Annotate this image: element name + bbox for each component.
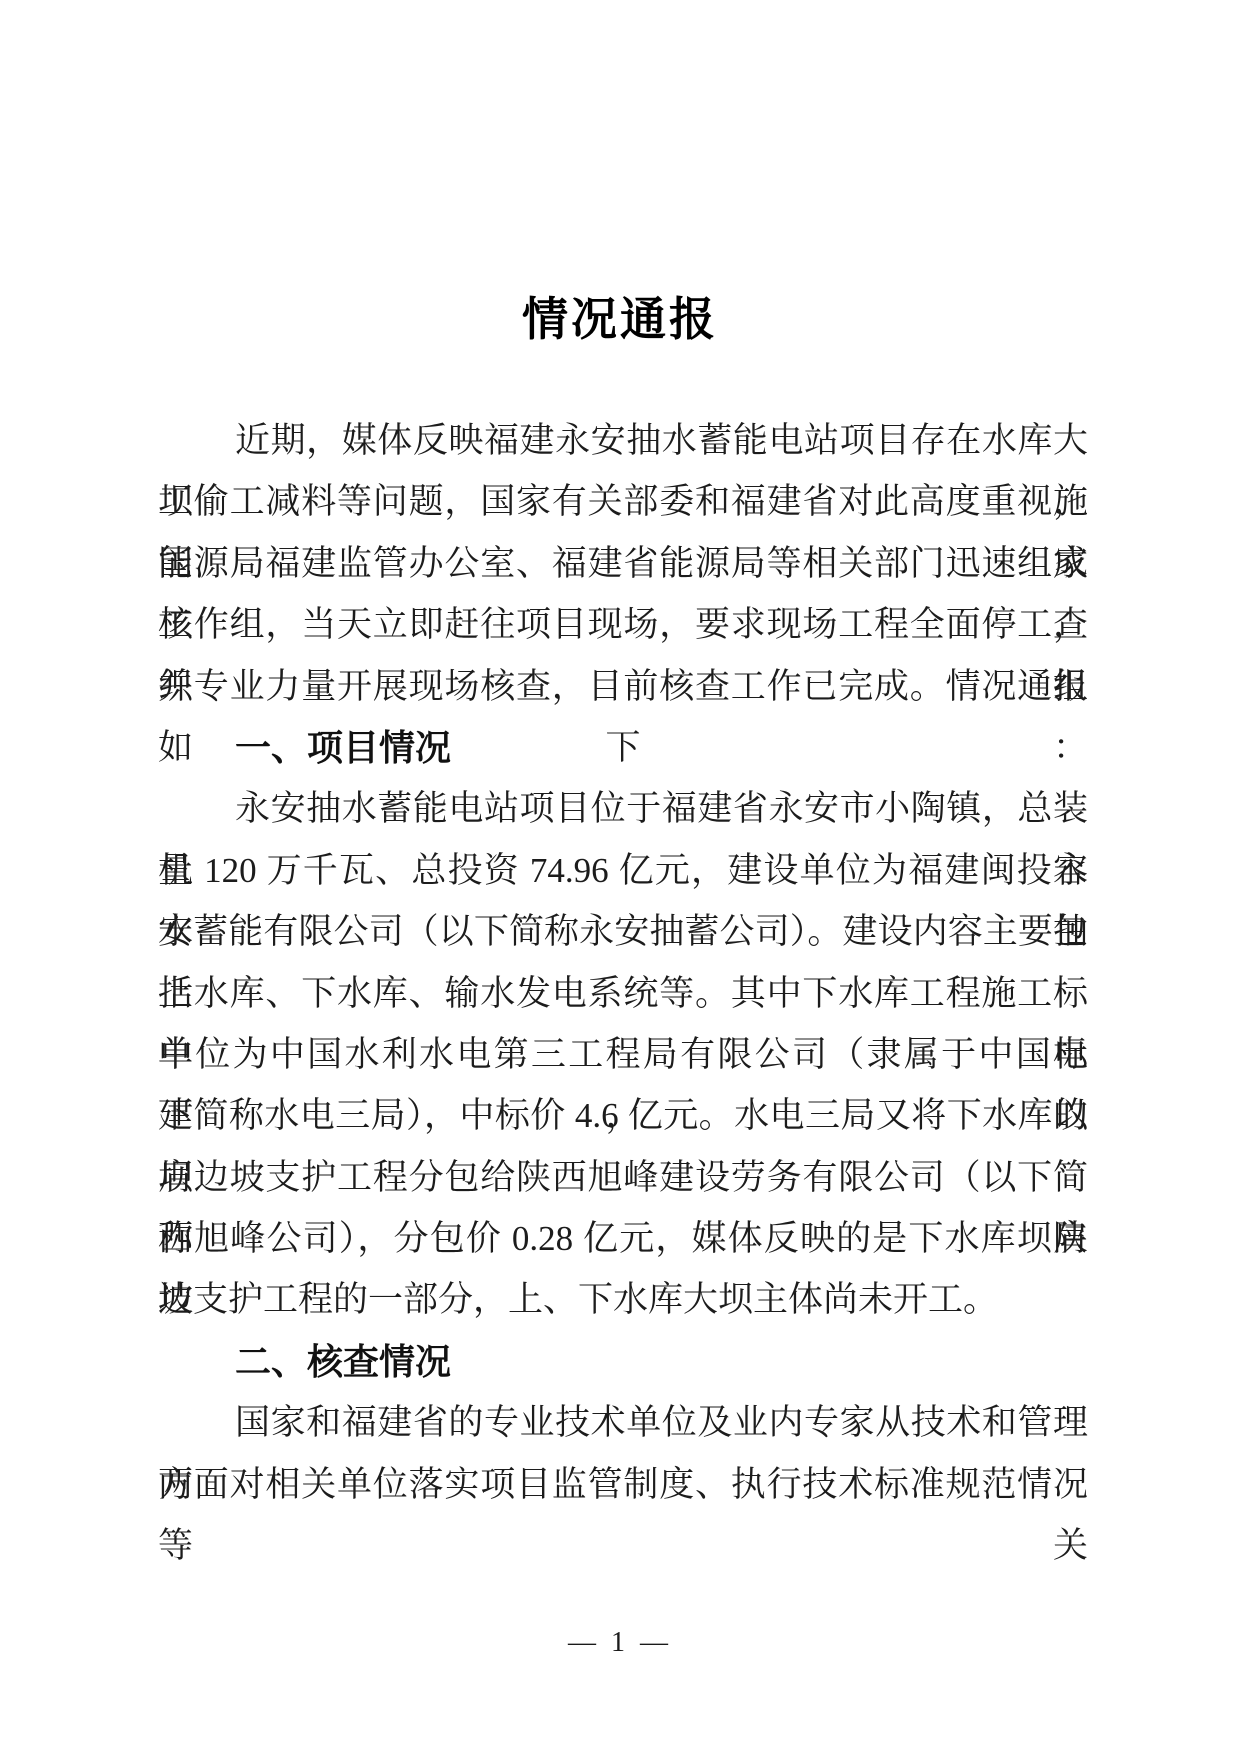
text-line: 坡支护工程的一部分，上、下水库大坝主体尚未开工。 xyxy=(158,1269,1088,1330)
section-heading: 二、核查情况 xyxy=(158,1331,1088,1392)
text-line: 工偷工减料等问题，国家有关部委和福建省对此高度重视，国家 xyxy=(158,471,1088,532)
text-line: 方面对相关单位落实项目监管制度、执行技术标准规范情况等关 xyxy=(158,1454,1088,1515)
text-line: 工作组，当天立即赶往项目现场，要求现场工程全面停工，并组 xyxy=(158,594,1088,655)
text-line: 水蓄能有限公司（以下简称永安抽蓄公司）。建设内容主要包括 xyxy=(158,901,1088,962)
document-page: 情况通报 近期，媒体反映福建永安抽水蓄能电站项目存在水库大坝施工偷工减料等问题，… xyxy=(0,0,1240,1753)
text-line: 织专业力量开展现场核查，目前核查工作已完成。情况通报如下： xyxy=(158,656,1088,717)
text-line: 能源局福建监管办公室、福建省能源局等相关部门迅速组成核查 xyxy=(158,533,1088,594)
page-number: — 1 — xyxy=(0,1627,1240,1659)
text-line: 近期，媒体反映福建永安抽水蓄能电站项目存在水库大坝施 xyxy=(158,410,1088,471)
text-line: 肩边坡支护工程分包给陕西旭峰建设劳务有限公司（以下简称陕 xyxy=(158,1147,1088,1208)
text-line: 国家和福建省的专业技术单位及业内专家从技术和管理两 xyxy=(158,1392,1088,1453)
document-body: 近期，媒体反映福建永安抽水蓄能电站项目存在水库大坝施工偷工减料等问题，国家有关部… xyxy=(158,410,1088,1515)
document-title: 情况通报 xyxy=(0,283,1240,349)
text-line: 上水库、下水库、输水发电系统等。其中下水库工程施工标中标 xyxy=(158,963,1088,1024)
text-line: 量 120 万千瓦、总投资 74.96 亿元，建设单位为福建闽投永安抽 xyxy=(158,840,1088,901)
text-line: 单位为中国水利水电第三工程局有限公司（隶属于中国电建，以 xyxy=(158,1024,1088,1085)
text-line: 永安抽水蓄能电站项目位于福建省永安市小陶镇，总装机容 xyxy=(158,778,1088,839)
text-line: 西旭峰公司），分包价 0.28 亿元，媒体反映的是下水库坝肩边 xyxy=(158,1208,1088,1269)
text-line: 下简称水电三局），中标价 4.6 亿元。水电三局又将下水库的坝 xyxy=(158,1085,1088,1146)
